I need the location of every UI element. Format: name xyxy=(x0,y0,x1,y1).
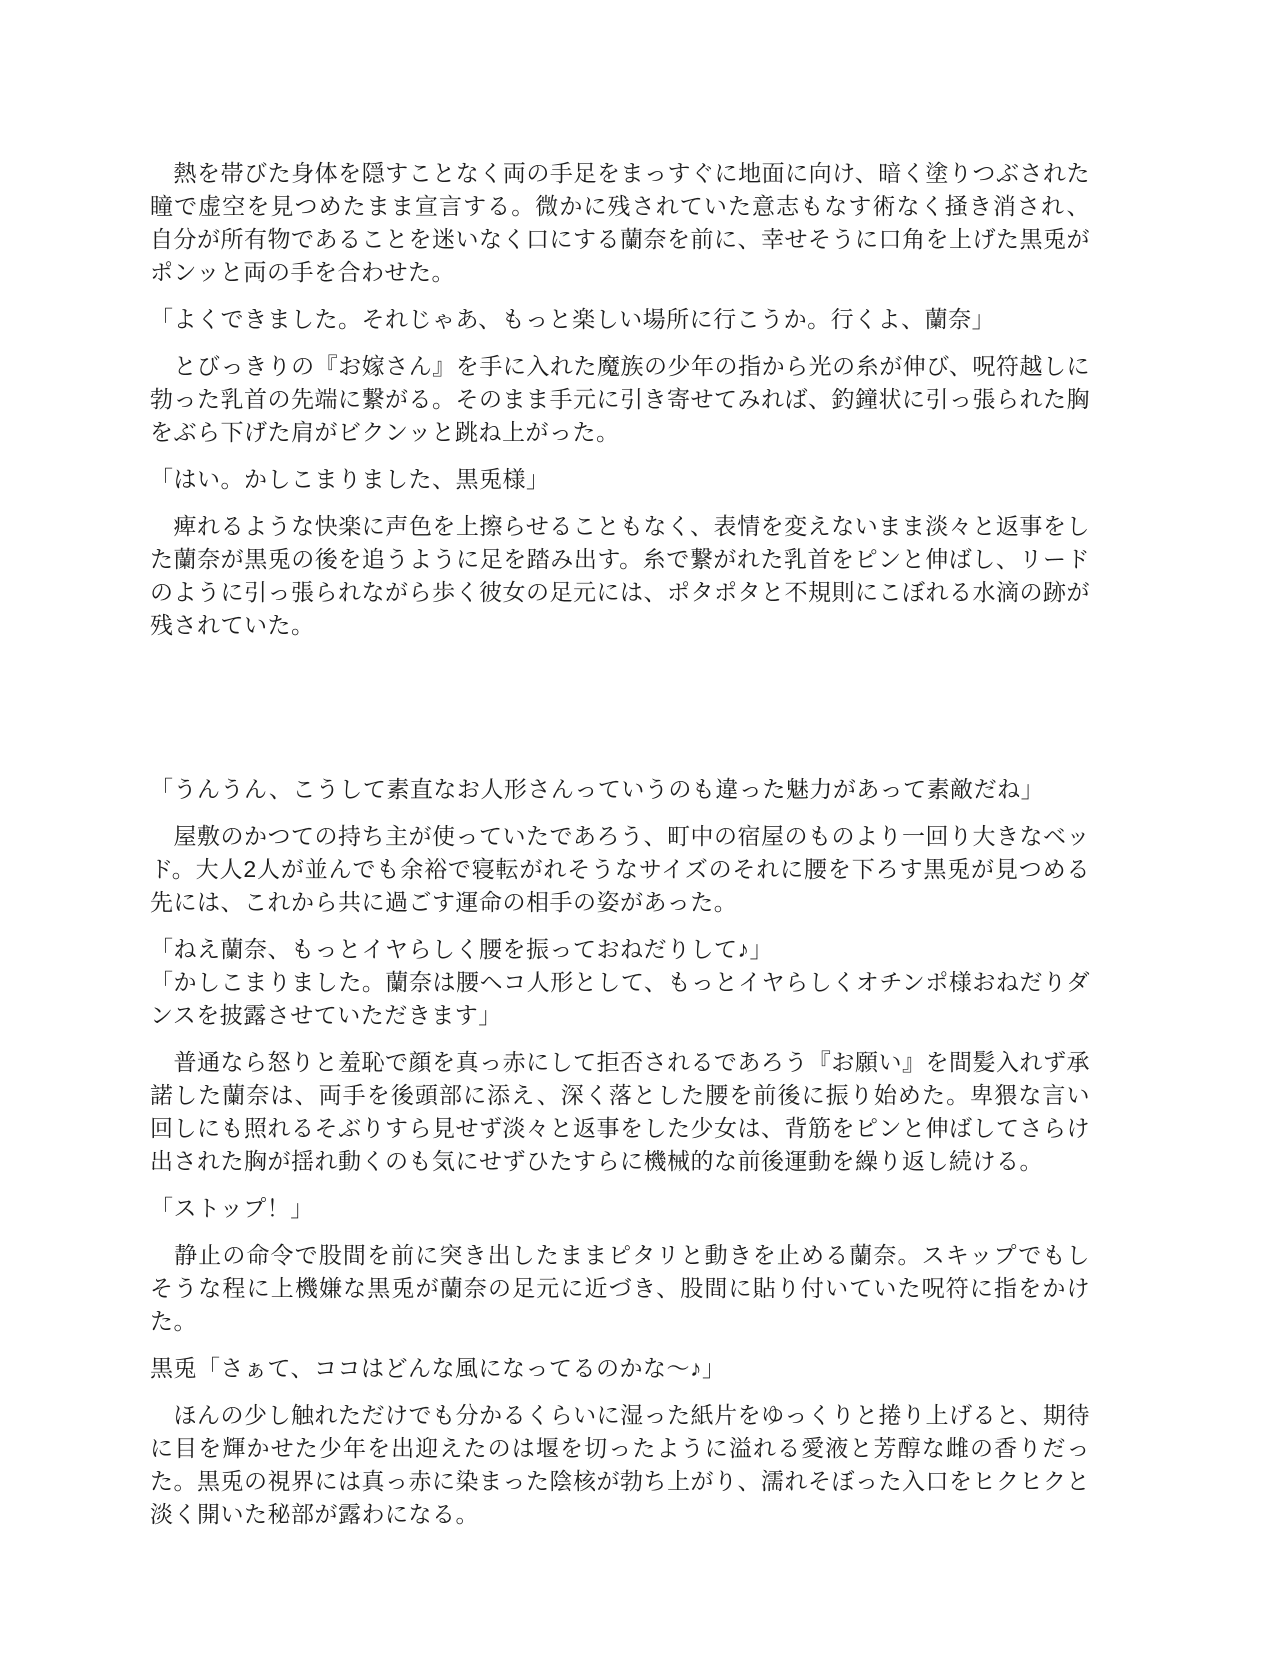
dialogue-line: 「よくできました。それじゃあ、もっと楽しい場所に行こうか。行くよ、蘭奈」 xyxy=(150,303,1090,336)
dialogue-line: 「ストップ！」 xyxy=(150,1192,1090,1225)
narration-paragraph: 屋敷のかつての持ち主が使っていたであろう、町中の宿屋のものより一回り大きなベッド… xyxy=(150,820,1090,919)
speaker-dialogue-line: 黒兎「さぁて、ココはどんな風になってるのかな～♪」 xyxy=(150,1352,1090,1385)
dialogue-line: 「うんうん、こうして素直なお人形さんっていうのも違った魅力があって素敵だね」 xyxy=(150,773,1090,806)
narration-paragraph: 熱を帯びた身体を隠すことなく両の手足をまっすぐに地面に向け、暗く塗りつぶされた瞳… xyxy=(150,157,1090,289)
narration-paragraph: とびっきりの『お嫁さん』を手に入れた魔族の少年の指から光の糸が伸び、呪符越しに勃… xyxy=(150,350,1090,449)
dialogue-line: 「かしこまりました。蘭奈は腰ヘコ人形として、もっとイヤらしくオチンポ様おねだりダ… xyxy=(150,966,1090,1032)
dialogue-line: 「はい。かしこまりました、黒兎様」 xyxy=(150,463,1090,496)
dialogue-line: 「ねえ蘭奈、もっとイヤらしく腰を振っておねだりして♪」 xyxy=(150,933,1090,966)
narration-paragraph: ほんの少し触れただけでも分かるくらいに湿った紙片をゆっくりと捲り上げると、期待に… xyxy=(150,1399,1090,1531)
document-page: 熱を帯びた身体を隠すことなく両の手足をまっすぐに地面に向け、暗く塗りつぶされた瞳… xyxy=(0,0,1280,1657)
narration-paragraph: 痺れるような快楽に声色を上擦らせることもなく、表情を変えないまま淡々と返事をした… xyxy=(150,510,1090,642)
narration-paragraph: 普通なら怒りと羞恥で顔を真っ赤にして拒否されるであろう『お願い』を間髪入れず承諾… xyxy=(150,1046,1090,1178)
narration-paragraph: 静止の命令で股間を前に突き出したままピタリと動きを止める蘭奈。スキップでもしそう… xyxy=(150,1239,1090,1338)
